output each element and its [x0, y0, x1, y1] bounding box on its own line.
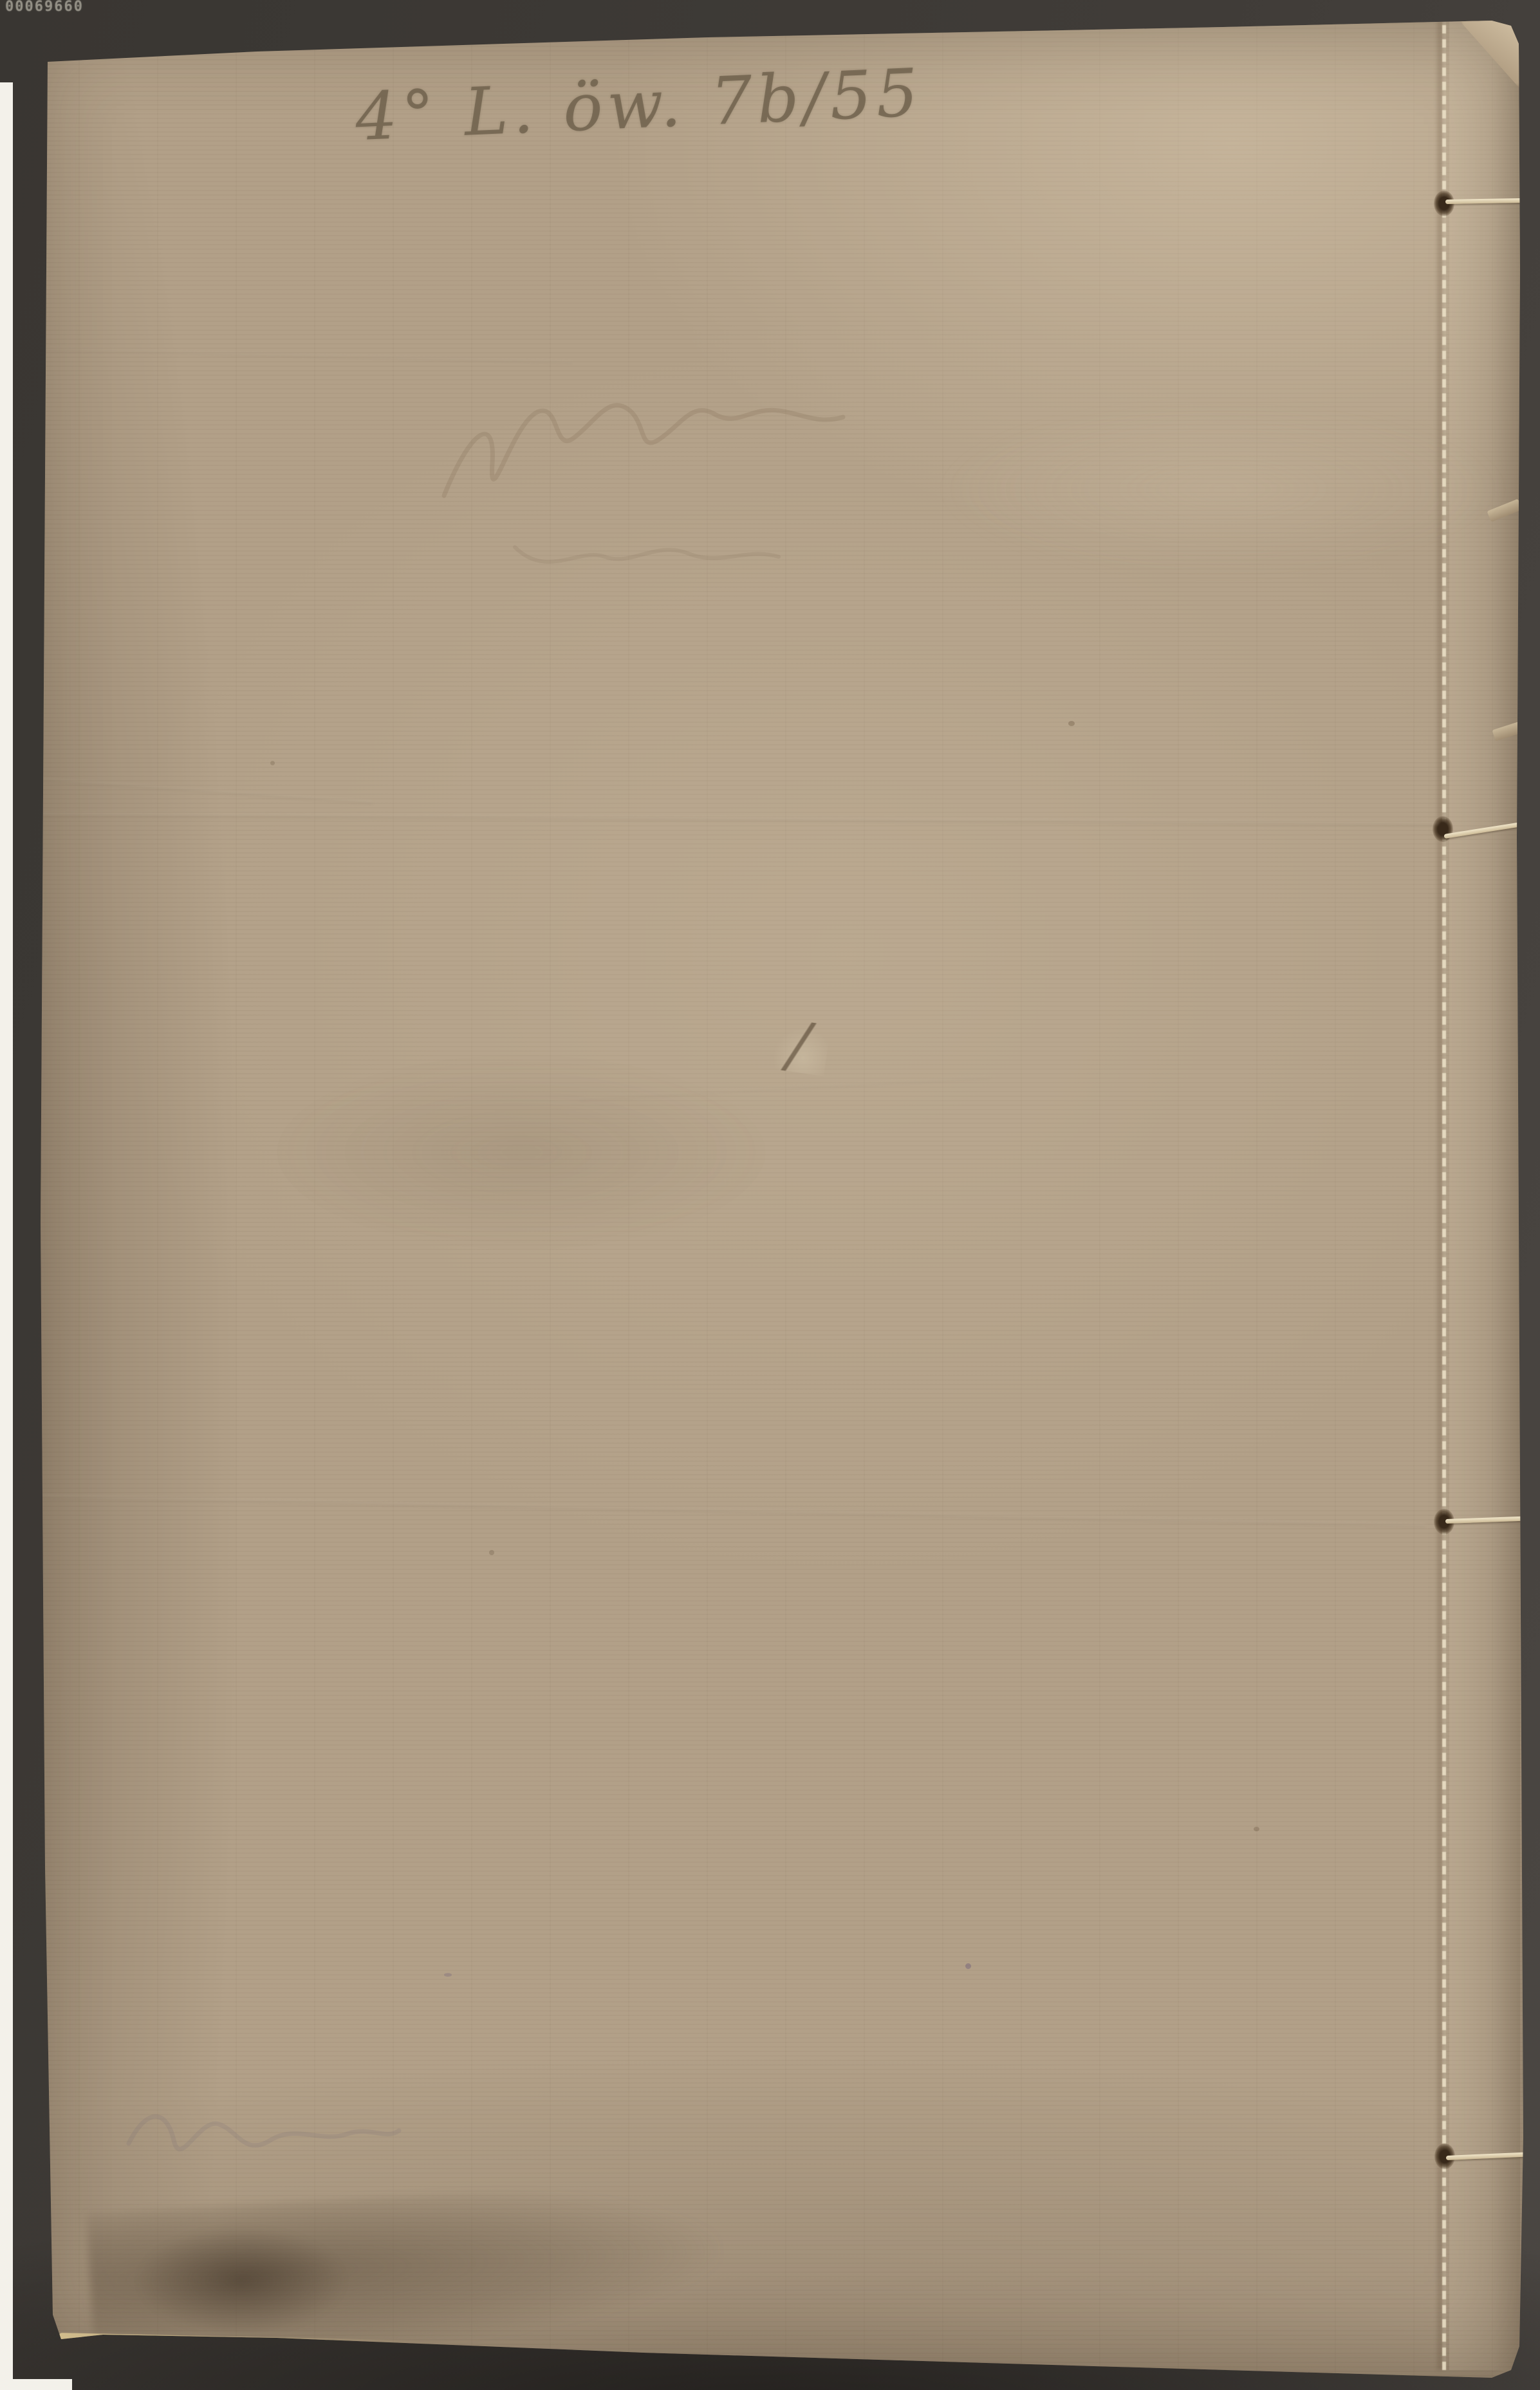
ink-speck	[444, 1973, 452, 1977]
foxing-speck	[1254, 1827, 1259, 1831]
crease-line	[42, 812, 1439, 826]
scan-id-number: 00069660	[5, 0, 84, 15]
scanner-edge-strip-bottom-left	[0, 2379, 72, 2390]
wrinkle-shading	[270, 1056, 772, 1249]
foxing-speck	[1068, 721, 1075, 726]
ink-speck	[965, 1963, 971, 1969]
foxing-speck	[489, 1550, 494, 1555]
crease-line	[42, 1495, 1426, 1527]
shelfmark-inscription: 4° L. öw. 7b/55	[354, 55, 924, 156]
small-tear-mark	[766, 1017, 831, 1076]
spine-fold-band	[1449, 21, 1520, 2370]
faint-bottom-left-scribble	[116, 2079, 412, 2176]
crease-line	[39, 778, 373, 804]
foxing-speck	[270, 761, 275, 765]
scanner-edge-strip-left	[0, 82, 13, 2390]
book-cover-paper: 4° L. öw. 7b/55	[0, 0, 1540, 2390]
scanned-book-cover-page: 00069660 4° L. öw. 7b/55	[0, 0, 1540, 2390]
spine-sewing-thread	[1442, 22, 1446, 2370]
sewing-hole	[1433, 816, 1453, 842]
faint-center-inscription	[399, 335, 888, 605]
wrinkle-shading	[933, 399, 1512, 579]
stain-bottom-left-core	[135, 2226, 348, 2335]
